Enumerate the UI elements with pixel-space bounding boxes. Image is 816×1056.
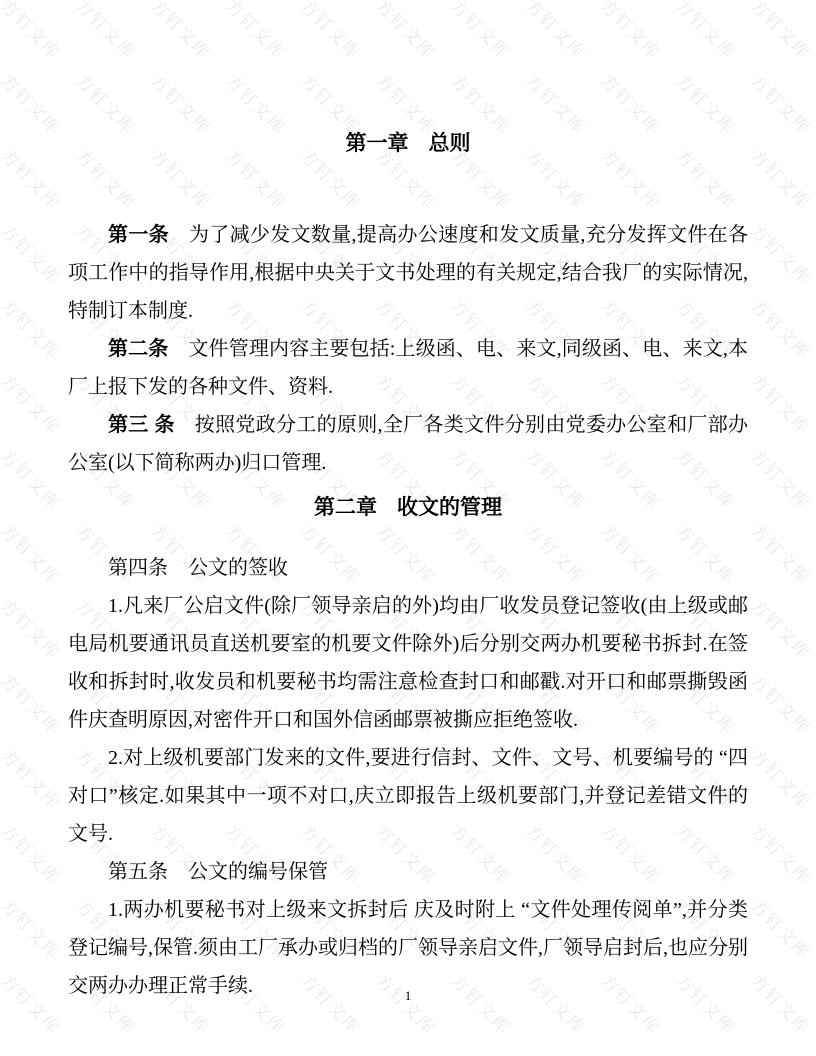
watermark-text: 方钉文库 bbox=[0, 143, 68, 214]
article-5-title: 公文的编号保管 bbox=[188, 861, 328, 883]
article-5-label: 第五条 bbox=[108, 861, 168, 883]
watermark-text: 方钉文库 bbox=[746, 443, 816, 514]
watermark-text: 方钉文库 bbox=[0, 68, 68, 139]
article-2-text: 文件管理内容主要包括:上级函、电、来文,同级函、电、来文,本厂上报下发的各种文件… bbox=[68, 338, 748, 398]
article-1-text: 为了减少发文数量,提高办公速度和发文质量,充分发挥文件在各项工作中的指导作用,根… bbox=[68, 224, 748, 322]
article-2: 第二条文件管理内容主要包括:上级函、电、来文,同级函、电、来文,本厂上报下发的各… bbox=[68, 330, 748, 406]
chapter-1-number: 第一章 bbox=[346, 132, 409, 155]
chapter-2-heading: 第二章收文的管理 bbox=[68, 494, 748, 522]
article-5-heading: 第五条公文的编号保管 bbox=[68, 853, 748, 891]
watermark-text: 方钉文库 bbox=[0, 443, 68, 514]
article-3: 第三 条按照党政分工的原则,全厂各类文件分别由党委办公室和厂部办公室(以下简称两… bbox=[68, 406, 748, 482]
watermark-text: 方钉文库 bbox=[746, 743, 816, 814]
chapter-2-title: 收文的管理 bbox=[397, 496, 502, 519]
article-4-item-1: 1.凡来厂公启文件(除厂领导亲启的外)均由厂收发员登记签收(由上级或邮电局机要通… bbox=[68, 587, 748, 739]
watermark-text: 方钉文库 bbox=[746, 293, 816, 364]
watermark-text: 方钉文库 bbox=[746, 893, 816, 964]
watermark-text: 方钉文库 bbox=[746, 518, 816, 589]
article-1: 第一条为了减少发文数量,提高办公速度和发文质量,充分发挥文件在各项工作中的指导作… bbox=[68, 216, 748, 330]
chapter-1-title: 总则 bbox=[429, 132, 471, 155]
watermark-text: 方钉文库 bbox=[0, 593, 68, 664]
watermark-text: 方钉文库 bbox=[0, 518, 68, 589]
article-4-title: 公文的签收 bbox=[188, 557, 288, 579]
document-page: 方钉文库方钉文库方钉文库方钉文库方钉文库方钉文库方钉文库方钉文库方钉文库方钉文库… bbox=[0, 0, 816, 1056]
watermark-text: 方钉文库 bbox=[746, 593, 816, 664]
watermark-text: 方钉文库 bbox=[746, 218, 816, 289]
watermark-text: 方钉文库 bbox=[746, 368, 816, 439]
watermark-text: 方钉文库 bbox=[746, 143, 816, 214]
watermark-text: 方钉文库 bbox=[0, 293, 68, 364]
chapter-1-heading: 第一章总则 bbox=[68, 130, 748, 158]
watermark-text: 方钉文库 bbox=[0, 0, 68, 64]
article-1-label: 第一条 bbox=[108, 224, 169, 246]
watermark-text: 方钉文库 bbox=[0, 218, 68, 289]
article-3-label: 第三 条 bbox=[108, 414, 175, 436]
watermark-text: 方钉文库 bbox=[0, 368, 68, 439]
watermark-text: 方钉文库 bbox=[0, 668, 68, 739]
watermark-text: 方钉文库 bbox=[0, 818, 68, 889]
watermark-text: 方钉文库 bbox=[746, 68, 816, 139]
document-content: 第一章总则 第一条为了减少发文数量,提高办公速度和发文质量,充分发挥文件在各项工… bbox=[68, 0, 748, 1005]
chapter-2-number: 第二章 bbox=[314, 496, 377, 519]
article-2-label: 第二条 bbox=[108, 338, 168, 360]
article-4-heading: 第四条公文的签收 bbox=[68, 549, 748, 587]
watermark-text: 方钉文库 bbox=[0, 743, 68, 814]
article-4-label: 第四条 bbox=[108, 557, 168, 579]
article-4-item-2: 2.对上级机要部门发来的文件,要进行信封、文件、文号、机要编号的 “四对口”核定… bbox=[68, 739, 748, 853]
watermark-text: 方钉文库 bbox=[0, 893, 68, 964]
page-number: 1 bbox=[0, 988, 816, 1004]
watermark-text: 方钉文库 bbox=[746, 818, 816, 889]
watermark-text: 方钉文库 bbox=[746, 0, 816, 64]
watermark-text: 方钉文库 bbox=[746, 668, 816, 739]
